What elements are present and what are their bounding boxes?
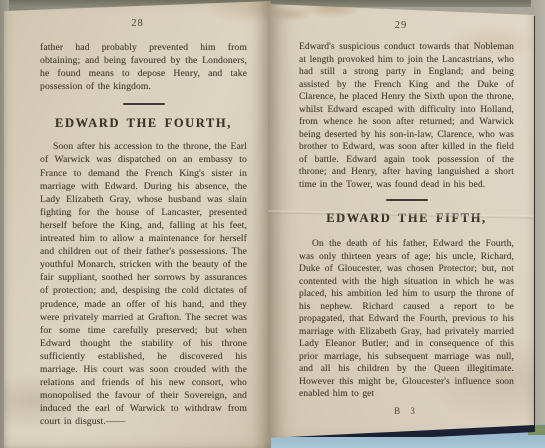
page-number-right: 29	[268, 20, 534, 31]
section-divider-rule	[123, 103, 165, 105]
section-divider-rule	[386, 199, 428, 201]
book-photo: 28 father had probably prevented him fro…	[0, 0, 545, 448]
body-paragraph-edward-fifth: On the death of his father, Edward the F…	[299, 238, 514, 401]
body-paragraph-warwick: Edward's suspicious conduct towards that…	[299, 41, 514, 191]
page-left: 28 father had probably prevented him fro…	[4, 1, 271, 448]
chapter-heading-edward-fourth: EDWARD THE FOURTH,	[40, 116, 247, 131]
page-right: 29 Edward's suspicious conduct towards t…	[268, 0, 534, 440]
continuation-paragraph: father had probably prevented him from o…	[40, 41, 247, 93]
text-column-right: Edward's suspicious conduct towards that…	[268, 41, 534, 416]
body-paragraph-edward-fourth: Soon after his accession to the throne, …	[40, 140, 247, 428]
signature-mark: B 3	[299, 406, 514, 416]
text-column-left: father had probably prevented him from o…	[4, 41, 271, 428]
page-number-left: 28	[4, 18, 271, 29]
chapter-heading-edward-fifth: EDWARD THE FIFTH,	[299, 211, 514, 226]
